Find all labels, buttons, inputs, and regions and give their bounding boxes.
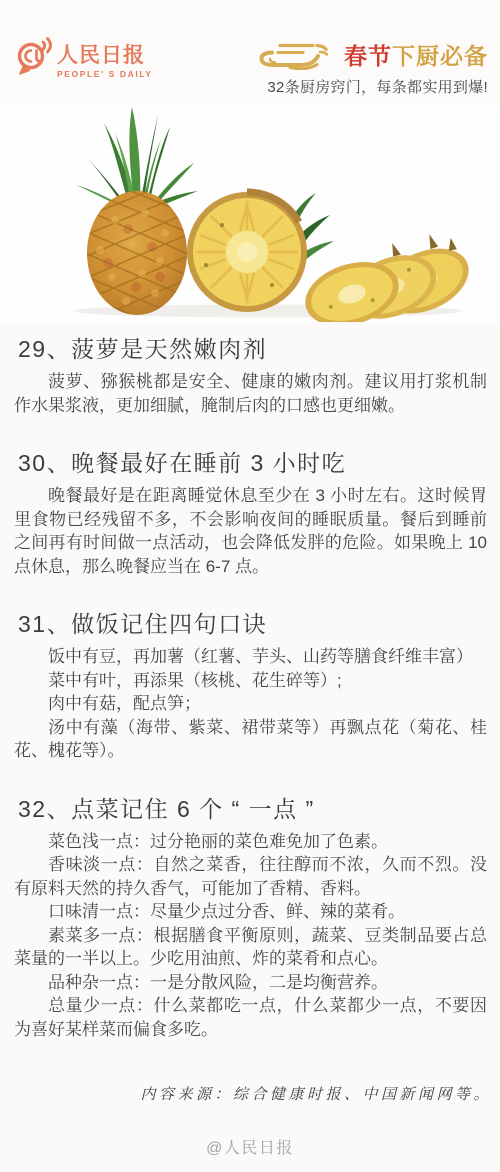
tip-section-32: 32、点菜记住 6 个 “ 一点 ” 菜色浅一点：过分艳丽的菜色难免加了色素。 … bbox=[14, 795, 487, 1042]
section-paragraph: 饭中有豆，再加薯（红薯、芋头、山药等膳食纤维丰富） bbox=[14, 645, 487, 669]
half-pineapple bbox=[187, 192, 307, 312]
logo-text-block: 人民日报 PEOPLE' S DAILY bbox=[57, 36, 153, 79]
section-paragraph: 品种杂一点：一是分散风险，二是均衡营养。 bbox=[14, 971, 487, 995]
header: 人民日报 PEOPLE' S DAILY bbox=[0, 0, 500, 105]
campaign-subtitle: 32条厨房窍门，每条都实用到爆! bbox=[256, 76, 488, 97]
section-title: 30、晚餐最好在睡前 3 小时吃 bbox=[14, 449, 487, 477]
section-title: 32、点菜记住 6 个 “ 一点 ” bbox=[14, 795, 487, 823]
logo-name-cn: 人民日报 bbox=[57, 45, 153, 67]
section-paragraph: 菜色浅一点：过分艳丽的菜色难免加了色素。 bbox=[14, 830, 487, 854]
watermark: @人民日报 bbox=[0, 1135, 500, 1172]
tip-section-31: 31、做饭记住四句口诀 饭中有豆，再加薯（红薯、芋头、山药等膳食纤维丰富） 菜中… bbox=[14, 610, 487, 763]
peoples-daily-logo: 人民日报 PEOPLE' S DAILY bbox=[16, 36, 153, 79]
pineapple-photo bbox=[0, 105, 500, 322]
section-title: 29、菠萝是天然嫩肉剂 bbox=[14, 335, 487, 363]
section-paragraph: 肉中有菇，配点笋； bbox=[14, 692, 487, 716]
campaign-title: 春节下厨必备 bbox=[344, 38, 488, 71]
section-paragraph: 总量少一点：什么菜都吃一点，什么菜都少一点，不要因为喜好某样菜而偏食多吃。 bbox=[14, 994, 487, 1041]
section-paragraph: 菜中有叶，再添果（核桃、花生碎等）; bbox=[14, 669, 487, 693]
infographic-page: 人民日报 PEOPLE' S DAILY bbox=[0, 0, 500, 1172]
section-paragraph: 香味淡一点：自然之菜香，往往醇而不浓，久而不烈。没有原料天然的持久香气，可能加了… bbox=[14, 853, 487, 900]
campaign-block: 春节下厨必备 32条厨房窍门，每条都实用到爆! bbox=[256, 36, 488, 97]
at-speech-bubble-icon bbox=[16, 36, 52, 78]
tip-section-30: 30、晚餐最好在睡前 3 小时吃 晚餐最好是在距离睡觉休息至少在 3 小时左右。… bbox=[14, 449, 487, 578]
campaign-title-red: 春节 bbox=[344, 43, 392, 69]
campaign-title-row: 春节下厨必备 bbox=[256, 38, 488, 71]
content-source: 内容来源：综合健康时报、中国新闻网等。 bbox=[0, 1083, 500, 1104]
campaign-title-gold: 下厨必备 bbox=[392, 43, 488, 69]
tips-list: 29、菠萝是天然嫩肉剂 菠萝、猕猴桃都是安全、健康的嫩肉剂。建议用打浆机制作水果… bbox=[0, 335, 500, 1041]
section-title: 31、做饭记住四句口诀 bbox=[14, 610, 487, 638]
section-paragraph: 晚餐最好是在距离睡觉休息至少在 3 小时左右。这时候胃里食物已经残留不多，不会影… bbox=[14, 484, 487, 578]
auspicious-cloud-icon bbox=[256, 40, 334, 70]
pineapple-slices bbox=[297, 225, 478, 322]
pineapple-illustration bbox=[0, 105, 500, 322]
section-paragraph: 素菜多一点：根据膳食平衡原则，蔬菜、豆类制品要占总菜量的一半以上。少吃用油煎、炸… bbox=[14, 924, 487, 971]
logo-name-en: PEOPLE' S DAILY bbox=[57, 69, 153, 79]
section-paragraph: 口味清一点：尽量少点过分香、鲜、辣的菜肴。 bbox=[14, 900, 487, 924]
section-paragraph: 汤中有藻（海带、紫菜、裙带菜等）再飘点花（菊花、桂花、槐花等）。 bbox=[14, 716, 487, 763]
section-paragraph: 菠萝、猕猴桃都是安全、健康的嫩肉剂。建议用打浆机制作水果浆液，更加细腻，腌制后肉… bbox=[14, 370, 487, 417]
tip-section-29: 29、菠萝是天然嫩肉剂 菠萝、猕猴桃都是安全、健康的嫩肉剂。建议用打浆机制作水果… bbox=[14, 335, 487, 417]
